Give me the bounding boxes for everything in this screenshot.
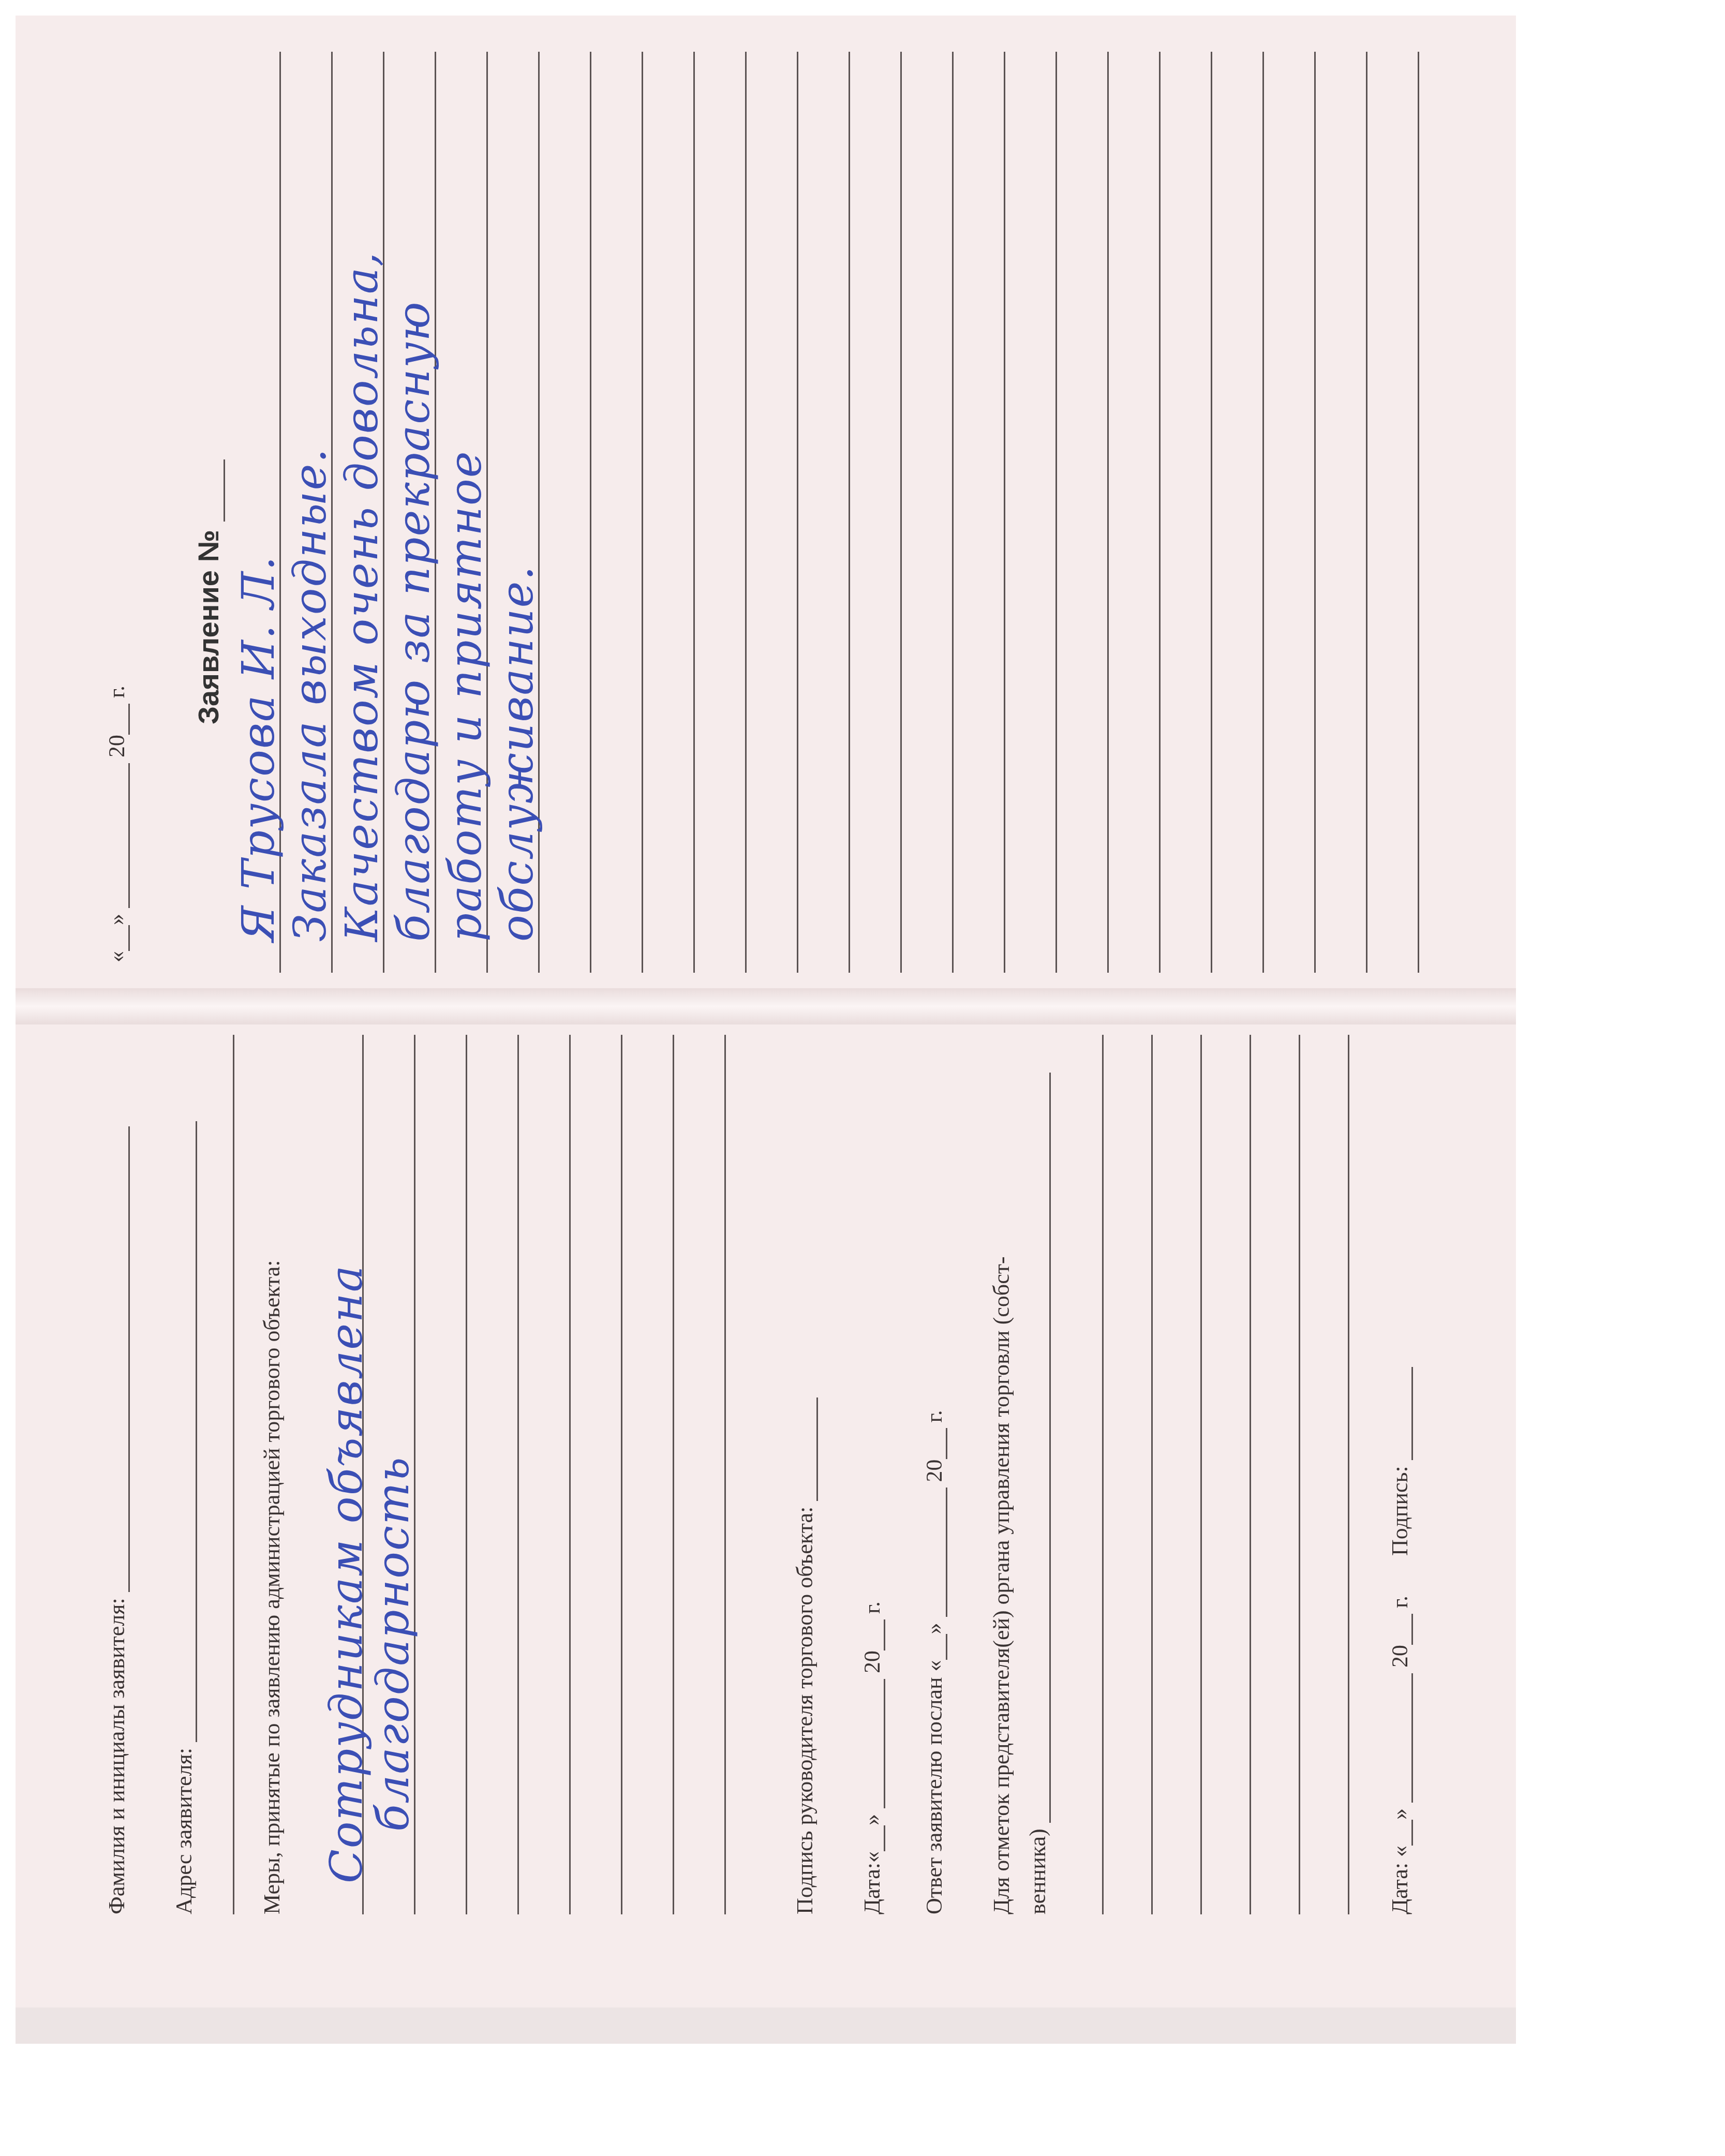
date-field: Дата:«» 20 г. <box>859 1601 885 1914</box>
rule-line <box>724 1035 726 1914</box>
rule-line <box>1107 52 1109 973</box>
rule-line <box>673 1035 674 1914</box>
handwritten-line: благодарю за прекрасную <box>388 301 440 942</box>
rule-line <box>1418 52 1419 973</box>
notes-label-cont: венника) <box>1024 1073 1051 1914</box>
rule-line <box>849 52 850 973</box>
rule-line <box>1262 52 1264 973</box>
notes-label: Для отметок представителя(ей) органа упр… <box>988 1256 1015 1914</box>
applicant-address-field: Адрес заявителя: <box>171 1121 197 1914</box>
handwritten-line: Я Трусова И. Л. <box>233 556 285 942</box>
rule-line <box>621 1035 622 1914</box>
rule-line <box>1250 1035 1251 1914</box>
response-page: Фамилия и инициалы заявителя: Адрес заяв… <box>93 993 1438 1914</box>
handwritten-line: Качеством очень довольна, <box>336 251 388 942</box>
rule-line <box>1200 1035 1202 1914</box>
reply-sent-field: Ответ заявителю послан «» 20 г. <box>921 1410 947 1914</box>
rule-line <box>693 52 695 973</box>
rule-line <box>900 52 902 973</box>
rule-line <box>517 1035 519 1914</box>
handwritten-measures: благодарность <box>367 1456 419 1832</box>
handwritten-line: Заказала выходные. <box>285 448 336 942</box>
rule-line <box>642 52 643 973</box>
rule-line <box>952 52 954 973</box>
rule-line <box>1102 1035 1104 1914</box>
statement-title: Заявление № <box>191 459 225 724</box>
rule-line <box>1348 1035 1349 1914</box>
rule-line <box>745 52 747 973</box>
date-line: «» 20 г. <box>103 686 130 962</box>
rule-line <box>569 1035 571 1914</box>
handwritten-measures: Сотрудникам объявлена <box>321 1265 373 1883</box>
rule-line <box>797 52 798 973</box>
handwritten-line: обслуживание. <box>492 565 543 942</box>
rule-line <box>1151 1035 1153 1914</box>
rule-line <box>590 52 591 973</box>
rule-line <box>1314 52 1316 973</box>
rule-line <box>233 1035 234 1914</box>
rule-line <box>1159 52 1161 973</box>
measures-label: Меры, принятые по заявлению администраци… <box>259 1260 285 1914</box>
rule-line <box>1004 52 1005 973</box>
rule-line <box>1055 52 1057 973</box>
rule-line <box>1299 1035 1300 1914</box>
final-date-signature: Дата: «» 20 г. Подпись: <box>1387 1367 1413 1914</box>
rule-line <box>1211 52 1212 973</box>
handwritten-line: работу и приятное <box>440 450 492 942</box>
rule-line <box>1366 52 1367 973</box>
rule-line <box>466 1035 467 1914</box>
manager-signature-field: Подпись руководителя торгового объекта: <box>792 1397 818 1914</box>
applicant-name-field: Фамилия и инициалы заявителя: <box>103 1126 130 1914</box>
statement-page: «» 20 г. Заявление № Я Трусова И. Л. Зак… <box>93 52 1438 973</box>
scan-edge <box>16 2008 1516 2044</box>
